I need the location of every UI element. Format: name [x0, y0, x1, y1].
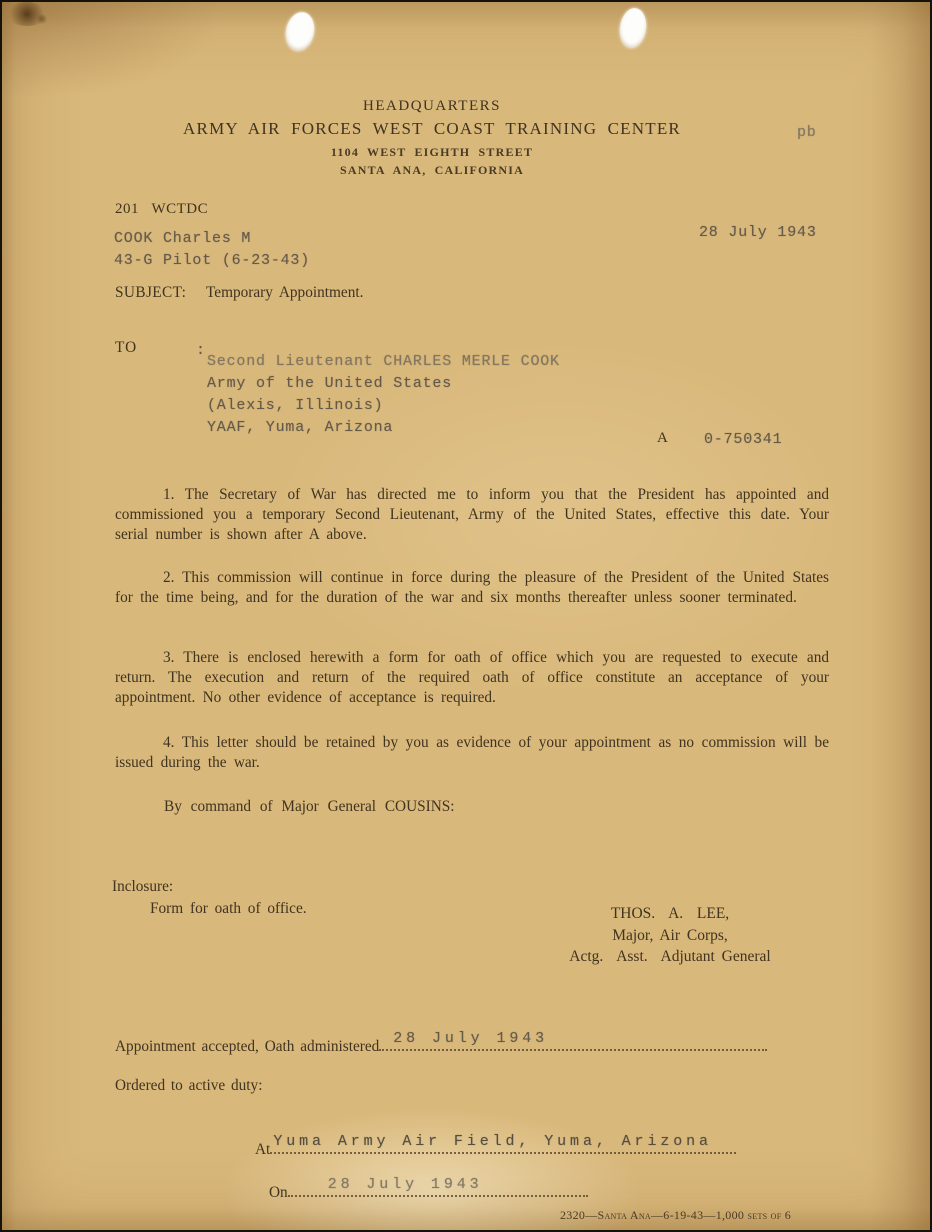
subject-value: Temporary Appointment. — [206, 284, 363, 302]
inclosure-item: Form for oath of office. — [150, 900, 307, 918]
to-line-2: Army of the United States — [207, 373, 560, 395]
serial-prefix: A — [657, 430, 668, 447]
to-line-4: YAAF, Yuma, Arizona — [207, 417, 560, 439]
signature-rank: Major, Air Corps, — [545, 925, 795, 947]
to-label: TO — [115, 339, 137, 357]
on-label: On — [269, 1184, 288, 1201]
letterhead-unit: ARMY AIR FORCES WEST COAST TRAINING CENT… — [2, 119, 862, 139]
at-label: At — [255, 1141, 270, 1158]
at-typed-value: Yuma Army Air Field, Yuma, Arizona — [273, 1133, 712, 1150]
acceptance-line: Appointment accepted, Oath administered … — [115, 1035, 833, 1056]
to-line-1: Second Lieutenant CHARLES MERLE COOK — [207, 351, 560, 373]
typed-addressee-name: COOK Charles M — [114, 230, 251, 247]
command-line: By command of Major General COUSINS: — [164, 798, 455, 816]
ink-stain-small — [36, 14, 48, 24]
signature-block: THOS. A. LEE, Major, Air Corps, Actg. As… — [545, 903, 795, 968]
inclosure-label: Inclosure: — [112, 878, 173, 896]
at-leader: Yuma Army Air Field, Yuma, Arizona — [270, 1138, 736, 1154]
paragraph-2: 2. This commission will continue in forc… — [115, 568, 829, 608]
to-colon: : — [196, 342, 206, 359]
on-typed-value: 28 July 1943 — [328, 1176, 483, 1193]
acceptance-label: Appointment accepted, Oath administered — [115, 1038, 379, 1055]
paragraph-3: 3. There is enclosed herewith a form for… — [115, 648, 829, 708]
on-leader: 28 July 1943 — [288, 1181, 588, 1197]
at-line: At Yuma Army Air Field, Yuma, Arizona — [255, 1138, 736, 1159]
to-address-block: Second Lieutenant CHARLES MERLE COOK Arm… — [207, 351, 560, 439]
typed-class-line: 43-G Pilot (6-23-43) — [114, 252, 310, 269]
letterhead-headquarters: HEADQUARTERS — [2, 98, 862, 115]
date-stamp: 28 July 1943 — [699, 224, 817, 241]
paragraph-1: 1. The Secretary of War has directed me … — [115, 485, 829, 545]
letterhead: HEADQUARTERS ARMY AIR FORCES WEST COAST … — [2, 98, 862, 178]
to-line-3: (Alexis, Illinois) — [207, 395, 560, 417]
active-duty-heading: Ordered to active duty: — [115, 1077, 262, 1095]
document-page: HEADQUARTERS ARMY AIR FORCES WEST COAST … — [0, 0, 932, 1232]
signature-name: THOS. A. LEE, — [545, 903, 795, 925]
serial-number: 0-750341 — [704, 431, 782, 448]
acceptance-leader: 28 July 1943 — [379, 1035, 767, 1051]
paragraph-4: 4. This letter should be retained by you… — [115, 733, 829, 773]
letterhead-street: 1104 WEST EIGHTH STREET — [2, 145, 862, 160]
letterhead-city: SANTA ANA, CALIFORNIA — [2, 163, 862, 178]
pencil-initials: pb — [797, 124, 817, 141]
footer-imprint: 2320—Santa Ana—6-19-43—1,000 sets of 6 — [560, 1208, 791, 1223]
acceptance-typed-date: 28 July 1943 — [393, 1030, 548, 1047]
punch-hole-left — [282, 10, 317, 54]
subject-label: SUBJECT: — [115, 284, 186, 302]
punch-hole-right — [617, 6, 648, 49]
on-line: On 28 July 1943 — [269, 1181, 588, 1202]
signature-title: Actg. Asst. Adjutant General — [545, 946, 795, 968]
file-number: 201 WCTDC — [115, 201, 208, 218]
